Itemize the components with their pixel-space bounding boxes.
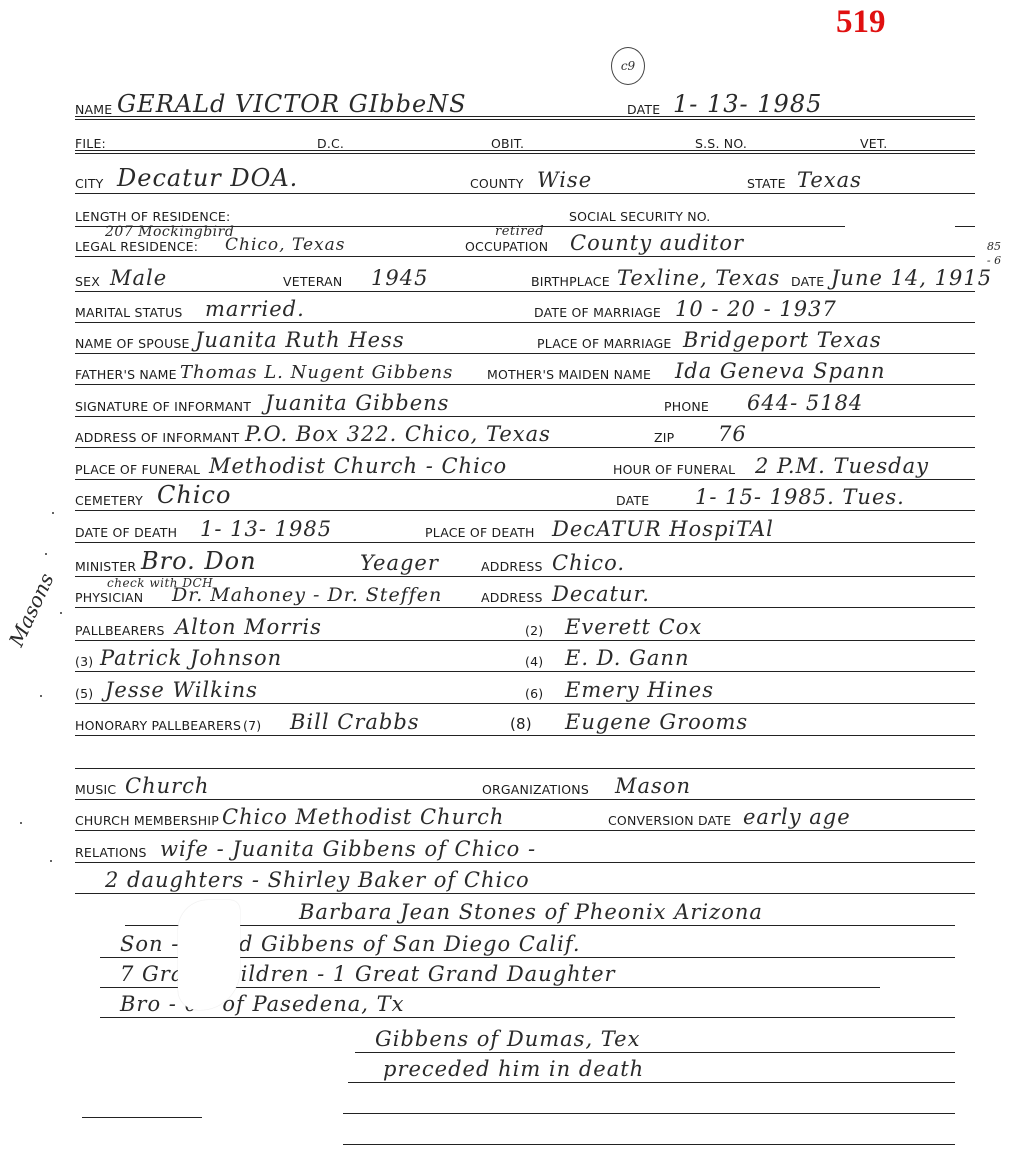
label-birth-date: DATE — [791, 274, 824, 289]
row-sex: SEX Male VETERAN 1945 BIRTHPLACE Texline… — [75, 262, 975, 292]
divider — [75, 322, 975, 323]
field-signature-of-informant[interactable]: Juanita Gibbens — [265, 391, 449, 415]
field-sex[interactable]: Male — [110, 266, 167, 290]
row-legal-residence: 207 Mockingbird LEGAL RESIDENCE: Chico, … — [75, 227, 975, 257]
pallbearer-5-num: (5) — [75, 686, 93, 701]
field-marital-status[interactable]: married. — [205, 297, 305, 321]
row-physician: check with DCH PHYSICIAN Dr. Mahoney - D… — [75, 578, 975, 608]
divider — [75, 193, 975, 194]
divider — [75, 893, 975, 894]
row-honorary-pallbearers: HONORARY PALLBEARERS (7) Bill Crabbs (8)… — [75, 706, 975, 736]
divider — [75, 353, 975, 354]
label-cemetery: CEMETERY — [75, 493, 143, 508]
row-relations-2: 2 daughters - Shirley Baker of Chico — [75, 864, 975, 894]
divider — [75, 542, 975, 543]
field-fathers-name[interactable]: Thomas L. Nugent Gibbens — [180, 362, 453, 383]
label-dc: D.C. — [317, 136, 344, 151]
label-birthplace: BIRTHPLACE — [531, 274, 610, 289]
pallbearer-3-num: (3) — [75, 654, 93, 669]
field-date-of-death[interactable]: 1- 13- 1985 — [200, 517, 332, 541]
label-physician: PHYSICIAN — [75, 590, 143, 605]
speck — [50, 860, 52, 862]
field-place-of-death[interactable]: DecATUR HospiTAl — [552, 517, 774, 541]
field-name[interactable]: GERALd VICTOR GIbbeNS — [117, 90, 467, 118]
row-city: CITY Decatur DOA. COUNTY Wise STATE Texa… — [75, 164, 975, 194]
field-music[interactable]: Church — [125, 774, 209, 798]
speck — [20, 822, 22, 824]
label-place-of-funeral: PLACE OF FUNERAL — [75, 462, 200, 477]
label-county: COUNTY — [470, 176, 524, 191]
honorary-7-num: (7) — [243, 718, 261, 733]
row-minister: MINISTER Bro. Don Yeager ADDRESS Chico. — [75, 547, 975, 577]
label-funeral-date: DATE — [616, 493, 649, 508]
field-church-membership[interactable]: Chico Methodist Church — [222, 805, 504, 829]
field-minister[interactable]: Bro. Don — [141, 547, 257, 575]
pallbearer-4-num: (4) — [525, 654, 543, 669]
label-conversion-date: CONVERSION DATE — [608, 813, 731, 828]
field-funeral-date[interactable]: 1- 15- 1985. Tues. — [695, 485, 905, 509]
row-signature: SIGNATURE OF INFORMANT Juanita Gibbens P… — [75, 387, 975, 417]
label-social-security-no: SOCIAL SECURITY NO. — [569, 209, 710, 224]
label-obit: OBIT. — [491, 136, 524, 151]
label-minister: MINISTER — [75, 559, 136, 574]
row-parents: FATHER'S NAME Thomas L. Nugent Gibbens M… — [75, 355, 975, 385]
divider — [75, 291, 975, 292]
label-pallbearers: PALLBEARERS — [75, 623, 165, 638]
pallbearer-3[interactable]: Patrick Johnson — [100, 646, 282, 670]
row-cemetery: CEMETERY Chico DATE 1- 15- 1985. Tues. — [75, 481, 975, 511]
divider — [348, 1082, 955, 1083]
divider — [75, 799, 975, 800]
row-music: MUSIC Church ORGANIZATIONS Mason — [75, 770, 975, 800]
field-name-of-spouse[interactable]: Juanita Ruth Hess — [195, 328, 405, 352]
label-zip: ZIP — [654, 430, 674, 445]
occupation-annotation: retired — [495, 224, 544, 239]
divider — [75, 735, 975, 736]
label-place-of-death: PLACE OF DEATH — [425, 525, 535, 540]
divider — [75, 416, 975, 417]
field-mothers-maiden-name[interactable]: Ida Geneva Spann — [675, 359, 886, 383]
field-birthplace[interactable]: Texline, Texas — [617, 266, 780, 290]
field-county[interactable]: Wise — [537, 168, 592, 192]
label-place-of-marriage: PLACE OF MARRIAGE — [537, 336, 671, 351]
label-mothers-maiden-name: MOTHER'S MAIDEN NAME — [487, 367, 651, 382]
speck — [40, 695, 42, 697]
pallbearer-2[interactable]: Everett Cox — [565, 615, 702, 639]
relations-line-8[interactable]: preceded him in death — [383, 1057, 644, 1081]
label-date: DATE — [627, 102, 660, 117]
field-hour-of-funeral[interactable]: 2 P.M. Tuesday — [755, 454, 929, 478]
divider — [214, 925, 955, 926]
label-hour-of-funeral: HOUR OF FUNERAL — [613, 462, 735, 477]
field-zip[interactable]: 76 — [718, 422, 747, 446]
row-relations-3-left — [125, 896, 185, 926]
divider — [75, 150, 975, 154]
field-physician-address[interactable]: Decatur. — [552, 582, 650, 606]
pallbearer-5[interactable]: Jesse Wilkins — [105, 678, 258, 702]
label-minister-address: ADDRESS — [481, 559, 543, 574]
divider — [343, 1113, 955, 1114]
label-music: MUSIC — [75, 782, 116, 797]
divider — [75, 447, 975, 448]
divider — [100, 1017, 955, 1018]
row-blank-bottom-right — [343, 1084, 955, 1114]
field-state[interactable]: Texas — [797, 168, 862, 192]
field-address-of-informant[interactable]: P.O. Box 322. Chico, Texas — [245, 422, 551, 446]
row-relations-1: RELATIONS wife - Juanita Gibbens of Chic… — [75, 833, 975, 863]
field-physician[interactable]: Dr. Mahoney - Dr. Steffen — [172, 584, 442, 606]
row-blank-final — [343, 1115, 955, 1145]
label-date-of-marriage: DATE OF MARRIAGE — [534, 305, 661, 320]
divider — [75, 671, 975, 672]
row-place-of-funeral: PLACE OF FUNERAL Methodist Church - Chic… — [75, 450, 975, 480]
row-blank — [75, 739, 975, 769]
pallbearer-6-num: (6) — [525, 686, 543, 701]
divider — [125, 925, 185, 926]
circled-note: c9 — [611, 47, 645, 85]
pallbearer-6[interactable]: Emery Hines — [565, 678, 714, 702]
row-pallbearers-1: PALLBEARERS Alton Morris (2) Everett Cox — [75, 611, 975, 641]
field-veteran[interactable]: 1945 — [371, 266, 428, 290]
honorary-pallbearer-7[interactable]: Bill Crabbs — [290, 710, 420, 734]
margin-age-calc: 85 - 6 — [984, 240, 1004, 268]
label-sex: SEX — [75, 274, 100, 289]
row-relations-7: Gibbens of Dumas, Tex — [355, 1023, 955, 1053]
relations-line-6[interactable]: Bro - 0 - of Pasedena, Tx — [120, 992, 405, 1016]
speck — [45, 553, 47, 555]
row-spouse: NAME OF SPOUSE Juanita Ruth Hess PLACE O… — [75, 324, 975, 354]
label-relations: RELATIONS — [75, 845, 147, 860]
divider — [75, 768, 975, 769]
divider — [75, 479, 975, 480]
field-legal-residence-street[interactable]: 207 Mockingbird — [105, 224, 234, 240]
label-length-of-residence: LENGTH OF RESIDENCE: — [75, 209, 230, 224]
pallbearer-4[interactable]: E. D. Gann — [565, 646, 689, 670]
label-state: STATE — [747, 176, 786, 191]
field-place-of-funeral[interactable]: Methodist Church - Chico — [209, 454, 507, 478]
divider — [75, 640, 975, 641]
divider — [75, 510, 975, 511]
field-birth-date[interactable]: June 14, 1915 — [831, 266, 992, 290]
label-church-membership: CHURCH MEMBERSHIP — [75, 813, 219, 828]
torn-paper-patch — [178, 900, 240, 1010]
label-vet: VET. — [860, 136, 887, 151]
label-name-of-spouse: NAME OF SPOUSE — [75, 336, 190, 351]
label-city: CITY — [75, 176, 104, 191]
label-honorary-pallbearers: HONORARY PALLBEARERS — [75, 718, 241, 733]
divider — [75, 830, 975, 831]
honorary-pallbearer-8[interactable]: Eugene Grooms — [565, 710, 748, 734]
field-phone[interactable]: 644- 5184 — [747, 391, 863, 415]
label-date-of-death: DATE OF DEATH — [75, 525, 177, 540]
divider — [343, 1144, 955, 1145]
field-cemetery[interactable]: Chico — [157, 481, 231, 509]
label-file: FILE: — [75, 136, 106, 151]
label-phone: PHONE — [664, 399, 709, 414]
label-marital-status: MARITAL STATUS — [75, 305, 183, 320]
page-number: 519 — [836, 4, 886, 41]
row-pallbearers-2: (3) Patrick Johnson (4) E. D. Gann — [75, 642, 975, 672]
row-relations-8: preceded him in death — [348, 1053, 955, 1083]
label-veteran: VETERAN — [283, 274, 342, 289]
field-minister-address[interactable]: Chico. — [552, 551, 625, 575]
divider — [75, 862, 975, 863]
speck — [52, 512, 54, 514]
pallbearer-1[interactable]: Alton Morris — [175, 615, 322, 639]
row-relations-3: Barbara Jean Stones of Pheonix Arizona — [214, 896, 955, 926]
label-signature-of-informant: SIGNATURE OF INFORMANT — [75, 399, 251, 414]
field-date-of-marriage[interactable]: 10 - 20 - 1937 — [675, 297, 837, 321]
row-church-membership: CHURCH MEMBERSHIP Chico Methodist Church… — [75, 801, 975, 831]
divider — [75, 384, 975, 385]
field-place-of-marriage[interactable]: Bridgeport Texas — [683, 328, 882, 352]
field-city[interactable]: Decatur DOA. — [117, 164, 298, 192]
field-occupation[interactable]: County auditor — [570, 231, 744, 255]
label-fathers-name: FATHER'S NAME — [75, 367, 177, 382]
label-name: NAME — [75, 102, 112, 117]
relations-line-1[interactable]: wife - Juanita Gibbens of Chico - — [160, 837, 536, 861]
row-marital-status: MARITAL STATUS married. DATE OF MARRIAGE… — [75, 293, 975, 323]
field-minister-surname[interactable]: Yeager — [360, 551, 439, 575]
label-occupation: OCCUPATION — [465, 239, 548, 254]
divider — [75, 607, 975, 608]
honorary-8-num: (8) — [510, 715, 532, 733]
divider — [75, 703, 975, 704]
row-pallbearers-3: (5) Jesse Wilkins (6) Emery Hines — [75, 674, 975, 704]
field-conversion-date[interactable]: early age — [743, 805, 851, 829]
row-blank-bottom-left — [82, 1088, 202, 1118]
relations-line-2[interactable]: 2 daughters - Shirley Baker of Chico — [105, 868, 530, 892]
label-legal-residence: LEGAL RESIDENCE: — [75, 239, 198, 254]
row-file: FILE: D.C. OBIT. S.S. NO. VET. — [75, 128, 975, 154]
divider — [75, 256, 975, 257]
label-ss-no: S.S. NO. — [695, 136, 747, 151]
row-address-of-informant: ADDRESS OF INFORMANT P.O. Box 322. Chico… — [75, 418, 975, 448]
margin-note-masons: Masons — [4, 569, 59, 650]
label-organizations: ORGANIZATIONS — [482, 782, 589, 797]
row-name: NAME GERALd VICTOR GIbbeNS DATE 1- 13- 1… — [75, 90, 975, 120]
speck — [60, 612, 62, 614]
relations-line-7[interactable]: Gibbens of Dumas, Tex — [375, 1027, 640, 1051]
field-organizations[interactable]: Mason — [615, 774, 691, 798]
relations-line-3[interactable]: Barbara Jean Stones of Pheonix Arizona — [299, 900, 763, 924]
label-physician-address: ADDRESS — [481, 590, 543, 605]
pallbearer-2-num: (2) — [525, 623, 543, 638]
row-date-of-death: DATE OF DEATH 1- 13- 1985 PLACE OF DEATH… — [75, 513, 975, 543]
label-address-of-informant: ADDRESS OF INFORMANT — [75, 430, 239, 445]
divider — [82, 1117, 202, 1118]
field-date[interactable]: 1- 13- 1985 — [673, 90, 822, 118]
field-legal-residence-city[interactable]: Chico, Texas — [225, 235, 345, 255]
